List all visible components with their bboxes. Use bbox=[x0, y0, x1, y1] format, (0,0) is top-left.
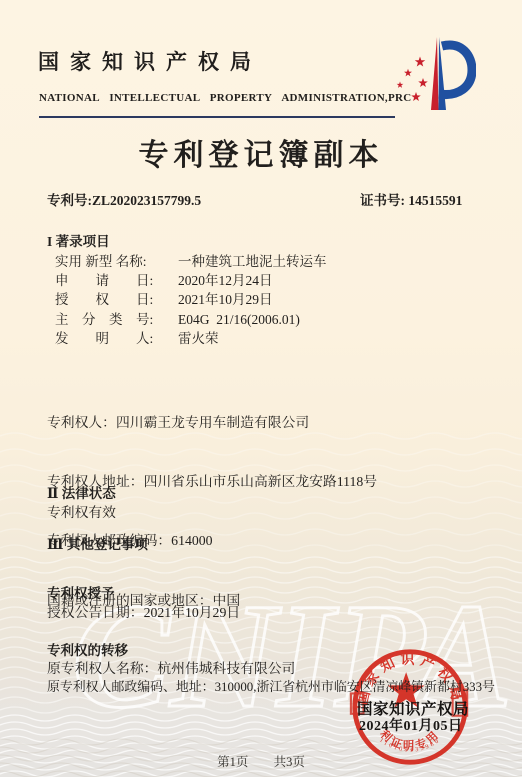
field-value: 一种建筑工地泥土转运车 bbox=[178, 252, 327, 271]
transfer-line: 原专利权人邮政编码、地址：310000,浙江省杭州市临安区清凉峰镇新都村333号 bbox=[47, 676, 495, 695]
patentee-line: 专利权人：四川霸王龙专用车制造有限公司 bbox=[47, 413, 377, 433]
field-value: 雷火荣 bbox=[178, 329, 219, 348]
field-label: 发 明 人: bbox=[55, 329, 178, 348]
page-footer: 第1页 共3页 bbox=[0, 752, 522, 770]
field-value: E04G 21/16(2006.01) bbox=[178, 310, 300, 329]
grant-date-line: 授权公告日期：2021年10月29日 bbox=[47, 601, 240, 621]
field-row: 授 权 日: 2021年10月29日 bbox=[55, 290, 327, 309]
certificate-number: 证书号: 14515591 bbox=[360, 189, 462, 209]
patent-number: 专利号:ZL202023157799.5 bbox=[47, 189, 201, 209]
agency-name-cn: 国家知识产权局 bbox=[38, 46, 262, 76]
field-label: 授 权 日: bbox=[55, 290, 178, 309]
cnipa-logo-icon bbox=[382, 32, 476, 116]
field-row: 申 请 日: 2020年12月24日 bbox=[55, 271, 327, 290]
transfer-line: 原专利权人名称：杭州伟城科技有限公司 bbox=[47, 657, 295, 677]
page-title: 专利登记簿副本 bbox=[0, 130, 522, 174]
logo-p-bowl bbox=[439, 45, 472, 95]
section-other-records-heading: Ⅲ 其他登记事项 bbox=[47, 533, 148, 553]
header-rule bbox=[39, 116, 395, 118]
field-label: 主 分 类 号: bbox=[55, 310, 178, 329]
patent-register-document: CNIPA 国家知识产权局 NATIONAL INTELLECTUAL PROP… bbox=[0, 0, 522, 777]
field-value: 2021年10月29日 bbox=[178, 290, 273, 309]
field-row: 发 明 人: 雷火荣 bbox=[55, 329, 327, 348]
seal-date-text: 2024年01月05日 bbox=[359, 715, 463, 735]
logo-stars bbox=[397, 57, 428, 102]
field-label: 申 请 日: bbox=[55, 271, 178, 290]
grant-heading: 专利权授予 bbox=[47, 582, 115, 602]
bibliographic-fields: 实用 新型 名称: 一种建筑工地泥土转运车 申 请 日: 2020年12月24日… bbox=[55, 252, 327, 348]
field-label: 实用 新型 名称: bbox=[55, 252, 178, 271]
total-pages: 共3页 bbox=[274, 755, 305, 769]
field-row: 实用 新型 名称: 一种建筑工地泥土转运车 bbox=[55, 252, 327, 271]
field-row: 主 分 类 号: E04G 21/16(2006.01) bbox=[55, 310, 327, 329]
section-bibliographic-heading: I 著录项目 bbox=[47, 230, 110, 250]
section-legal-status-heading: Ⅱ 法律状态 bbox=[47, 482, 116, 502]
field-value: 2020年12月24日 bbox=[178, 271, 273, 290]
legal-status-value: 专利权有效 bbox=[47, 501, 116, 521]
current-page: 第1页 bbox=[217, 755, 248, 769]
agency-name-en: NATIONAL INTELLECTUAL PROPERTY ADMINISTR… bbox=[39, 92, 412, 104]
transfer-heading: 专利权的转移 bbox=[47, 639, 128, 659]
logo-spike-red bbox=[431, 37, 439, 110]
